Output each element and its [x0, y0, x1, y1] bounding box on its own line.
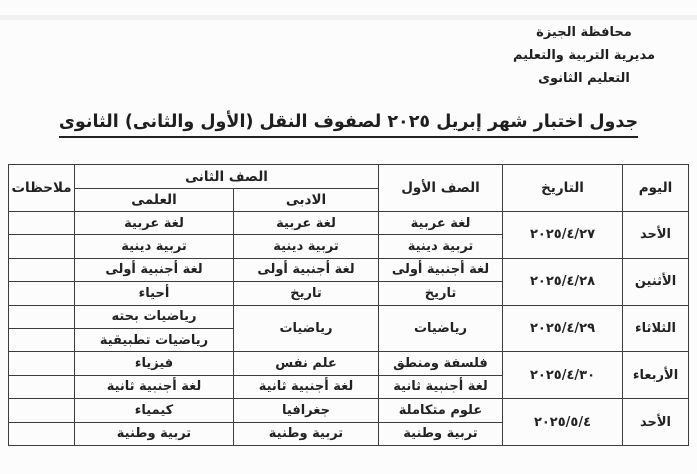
note-cell [9, 352, 75, 375]
note-cell [9, 328, 75, 351]
table-row: الأثنين ٢٠٢٥/٤/٢٨ لغة أجنبية أولى لغة أج… [9, 258, 689, 281]
table-row: الثلاثاء ٢٠٢٥/٤/٢٩ رياضيات رياضيات رياضي… [9, 305, 689, 328]
subject-cell: تربية دينية [234, 235, 379, 258]
date-cell: ٢٠٢٥/٤/٢٨ [503, 258, 623, 305]
col-header-date: التاريخ [503, 165, 623, 212]
note-cell [9, 212, 75, 235]
table-header-row-1: اليوم التاريخ الصف الأول الصف الثانى ملا… [9, 165, 689, 189]
subject-cell: تربية وطنية [379, 422, 503, 445]
page-title: جدول اختبار شهر إبريل ٢٠٢٥ لصفوف النقل (… [0, 112, 697, 138]
subject-cell: رياضيات [379, 305, 503, 352]
letterhead-governorate: محافظة الجيزة [499, 22, 669, 45]
letterhead-directorate: مديرية التربية والتعليم [499, 45, 669, 68]
subject-cell: تربية دينية [75, 235, 234, 258]
day-cell: الأربعاء [623, 352, 689, 399]
col-header-scientific: العلمى [75, 189, 234, 212]
col-header-literary: الادبى [234, 189, 379, 212]
subject-cell: تربية وطنية [75, 422, 234, 445]
subject-cell: علم نفس [234, 352, 379, 375]
col-header-day: اليوم [623, 165, 689, 212]
subject-cell: علوم متكاملة [379, 399, 503, 422]
note-cell [9, 399, 75, 422]
date-cell: ٢٠٢٥/٤/٢٩ [503, 305, 623, 352]
scanned-exam-schedule-page: { "letterhead": { "line1": "محافظة الجيز… [0, 0, 697, 474]
subject-cell: لغة أجنبية أولى [234, 258, 379, 281]
subject-cell: لغة أجنبية ثانية [75, 375, 234, 398]
scan-artifact-band [0, 15, 697, 20]
col-header-grade1: الصف الأول [379, 165, 503, 212]
date-cell: ٢٠٢٥/٤/٣٠ [503, 352, 623, 399]
subject-cell: تاريخ [234, 282, 379, 305]
subject-cell: لغة أجنبية ثانية [234, 375, 379, 398]
subject-cell: تربية وطنية [234, 422, 379, 445]
subject-cell: تاريخ [379, 282, 503, 305]
day-cell: الثلاثاء [623, 305, 689, 352]
letterhead: محافظة الجيزة مديرية التربية والتعليم ال… [499, 22, 669, 90]
subject-cell: فيزياء [75, 352, 234, 375]
col-header-grade2: الصف الثانى [75, 165, 379, 189]
subject-cell: رياضيات [234, 305, 379, 352]
subject-cell: لغة عربية [379, 212, 503, 235]
subject-cell: كيمياء [75, 399, 234, 422]
note-cell [9, 282, 75, 305]
subject-cell: رياضيات بحته [75, 305, 234, 328]
date-cell: ٢٠٢٥/٤/٢٧ [503, 212, 623, 259]
subject-cell: رياضيات تطبيقية [75, 328, 234, 351]
day-cell: الأحد [623, 212, 689, 259]
note-cell [9, 305, 75, 328]
note-cell [9, 375, 75, 398]
subject-cell: لغة عربية [234, 212, 379, 235]
date-cell: ٢٠٢٥/٥/٤ [503, 399, 623, 446]
subject-cell: لغة عربية [75, 212, 234, 235]
table-row: الأحد ٢٠٢٥/٥/٤ علوم متكاملة جغرافيا كيمي… [9, 399, 689, 422]
day-cell: الأحد [623, 399, 689, 446]
table-row: الأربعاء ٢٠٢٥/٤/٣٠ فلسفة ومنطق علم نفس ف… [9, 352, 689, 375]
note-cell [9, 422, 75, 445]
exam-schedule-table: اليوم التاريخ الصف الأول الصف الثانى ملا… [8, 164, 689, 446]
page-title-text: جدول اختبار شهر إبريل ٢٠٢٥ لصفوف النقل (… [59, 112, 638, 138]
subject-cell: لغة أجنبية أولى [75, 258, 234, 281]
table-row: الأحد ٢٠٢٥/٤/٢٧ لغة عربية لغة عربية لغة … [9, 212, 689, 235]
letterhead-department: التعليم الثانوى [499, 68, 669, 91]
subject-cell: تربية دينية [379, 235, 503, 258]
subject-cell: جغرافيا [234, 399, 379, 422]
note-cell [9, 258, 75, 281]
subject-cell: أحياء [75, 282, 234, 305]
day-cell: الأثنين [623, 258, 689, 305]
col-header-notes: ملاحظات [9, 165, 75, 212]
note-cell [9, 235, 75, 258]
subject-cell: لغة أجنبية ثانية [379, 375, 503, 398]
subject-cell: لغة أجنبية أولى [379, 258, 503, 281]
subject-cell: فلسفة ومنطق [379, 352, 503, 375]
